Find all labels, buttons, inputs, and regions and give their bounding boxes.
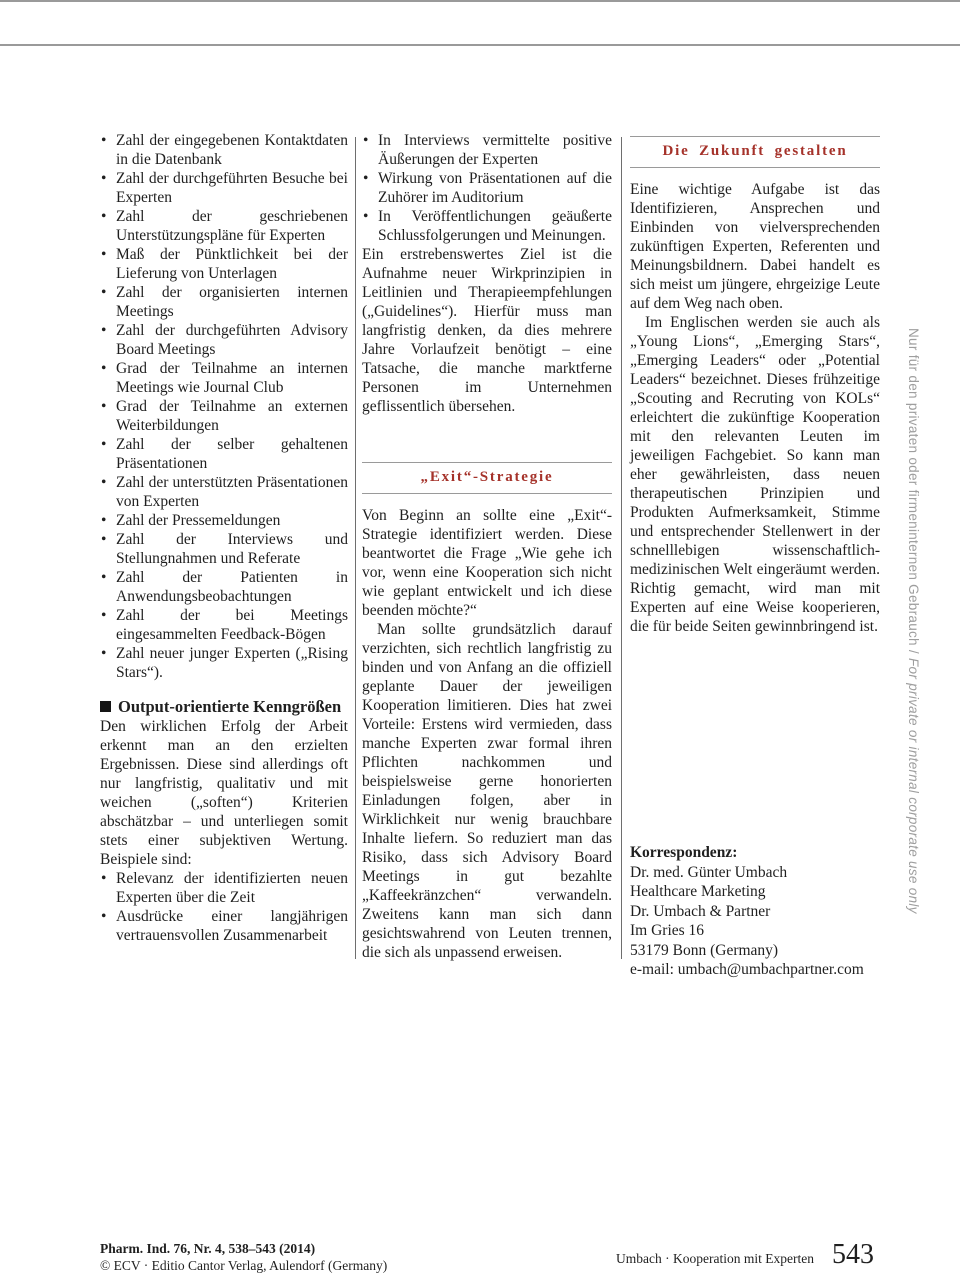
square-bullet-icon xyxy=(100,701,111,712)
future-paragraph-1: Eine wichtige Aufgabe ist das Identifizi… xyxy=(630,180,880,313)
bullet-item: Ausdrücke einer langjährigen vertrauensv… xyxy=(100,907,348,945)
bullet-item: Zahl der geschriebenen Unterstützungsplä… xyxy=(100,207,348,245)
header-rule xyxy=(0,44,960,46)
correspondence-line: Im Gries 16 xyxy=(630,921,880,941)
footer-journal-info: Pharm. Ind. 76, Nr. 4, 538–543 (2014) © … xyxy=(100,1240,387,1274)
column-separator-1 xyxy=(355,137,356,959)
correspondence-line: Dr. Umbach & Partner xyxy=(630,902,880,922)
bullet-item: Zahl der Interviews und Stellungnahmen u… xyxy=(100,530,348,568)
guidelines-paragraph: Ein erstrebenswertes Ziel ist die Aufnah… xyxy=(362,245,612,416)
column-2: In Interviews vermittelte positive Äußer… xyxy=(362,131,612,962)
bullet-item: Wirkung von Präsentationen auf die Zuhör… xyxy=(362,169,612,207)
bullet-item: Zahl der unterstützten Präsentationen vo… xyxy=(100,473,348,511)
footer-page-number: 543 xyxy=(832,1240,874,1270)
bullet-item: Grad der Teilnahme an externen Weiterbil… xyxy=(100,397,348,435)
correspondence-lines: Dr. med. Günter UmbachHealthcare Marketi… xyxy=(630,863,880,980)
column-3: Die Zukunft gestalten Eine wichtige Aufg… xyxy=(630,131,880,636)
correspondence-line: 53179 Bonn (Germany) xyxy=(630,941,880,961)
top-edge-rule xyxy=(0,0,960,2)
exit-strategy-heading: „Exit“-Strategie xyxy=(362,462,612,494)
footer-running-title: Umbach · Kooperation mit Experten xyxy=(616,1251,814,1267)
bullet-item: Zahl der durchgeführten Besuche bei Expe… xyxy=(100,169,348,207)
correspondence-line: Dr. med. Günter Umbach xyxy=(630,863,880,883)
column-separator-2 xyxy=(621,137,622,959)
bullet-item: Relevanz der identifizierten neuen Exper… xyxy=(100,869,348,907)
output-kpi-paragraph: Den wirklichen Erfolg der Arbeit erkennt… xyxy=(100,717,348,869)
output-kpi-heading-label: Output-orientierte Kenngrößen xyxy=(118,697,341,716)
bullet-item: Zahl neuer junger Experten („Rising Star… xyxy=(100,644,348,682)
correspondence-block: Korrespondenz: Dr. med. Günter UmbachHea… xyxy=(630,843,880,980)
bullet-item: In Veröffentlichungen geäußerte Schlussf… xyxy=(362,207,612,245)
bullet-item: Zahl der organisierten internen Meetings xyxy=(100,283,348,321)
exit-paragraph-2: Man sollte grundsätzlich darauf verzicht… xyxy=(362,620,612,962)
correspondence-label: Korrespondenz: xyxy=(630,843,880,863)
margin-notice-german: Nur für den privaten oder firmeninternen… xyxy=(906,328,921,658)
correspondence-line: Healthcare Marketing xyxy=(630,882,880,902)
column-1: Zahl der eingegebenen Kontaktdaten in di… xyxy=(100,131,348,945)
future-heading: Die Zukunft gestalten xyxy=(630,136,880,168)
output-kpi-list: Relevanz der identifizierten neuen Exper… xyxy=(100,869,348,945)
margin-usage-notice: Nur für den privaten oder firmeninternen… xyxy=(906,328,921,1008)
bullet-item: Zahl der Pressemeldungen xyxy=(100,511,348,530)
bullet-item: In Interviews vermittelte positive Äußer… xyxy=(362,131,612,169)
process-kpi-list: Zahl der eingegebenen Kontaktdaten in di… xyxy=(100,131,348,682)
bullet-item: Zahl der Patienten in Anwendungsbeobacht… xyxy=(100,568,348,606)
bullet-item: Zahl der selber gehaltenen Präsentatione… xyxy=(100,435,348,473)
footer-article-info: Umbach · Kooperation mit Experten 543 xyxy=(616,1240,874,1270)
output-kpi-heading: Output-orientierte Kenngrößen xyxy=(100,696,348,717)
bullet-item: Grad der Teilnahme an internen Meetings … xyxy=(100,359,348,397)
exit-paragraph-1: Von Beginn an sollte eine „Exit“-Strateg… xyxy=(362,506,612,620)
bullet-item: Maß der Pünktlichkeit bei der Lieferung … xyxy=(100,245,348,283)
bullet-item: Zahl der bei Meetings eingesammelten Fee… xyxy=(100,606,348,644)
journal-page: Zahl der eingegebenen Kontaktdaten in di… xyxy=(0,0,960,1276)
footer-citation-line: Pharm. Ind. 76, Nr. 4, 538–543 (2014) xyxy=(100,1240,387,1257)
bullet-item: Zahl der durchgeführten Advisory Board M… xyxy=(100,321,348,359)
impact-kpi-list: In Interviews vermittelte positive Äußer… xyxy=(362,131,612,245)
margin-notice-english: For private or internal corporate use on… xyxy=(906,658,921,914)
future-paragraph-2: Im Englischen werden sie auch als „Young… xyxy=(630,313,880,636)
correspondence-line: e-mail: umbach@umbachpartner.com xyxy=(630,960,880,980)
footer-copyright-line: © ECV · Editio Cantor Verlag, Aulendorf … xyxy=(100,1257,387,1274)
bullet-item: Zahl der eingegebenen Kontaktdaten in di… xyxy=(100,131,348,169)
